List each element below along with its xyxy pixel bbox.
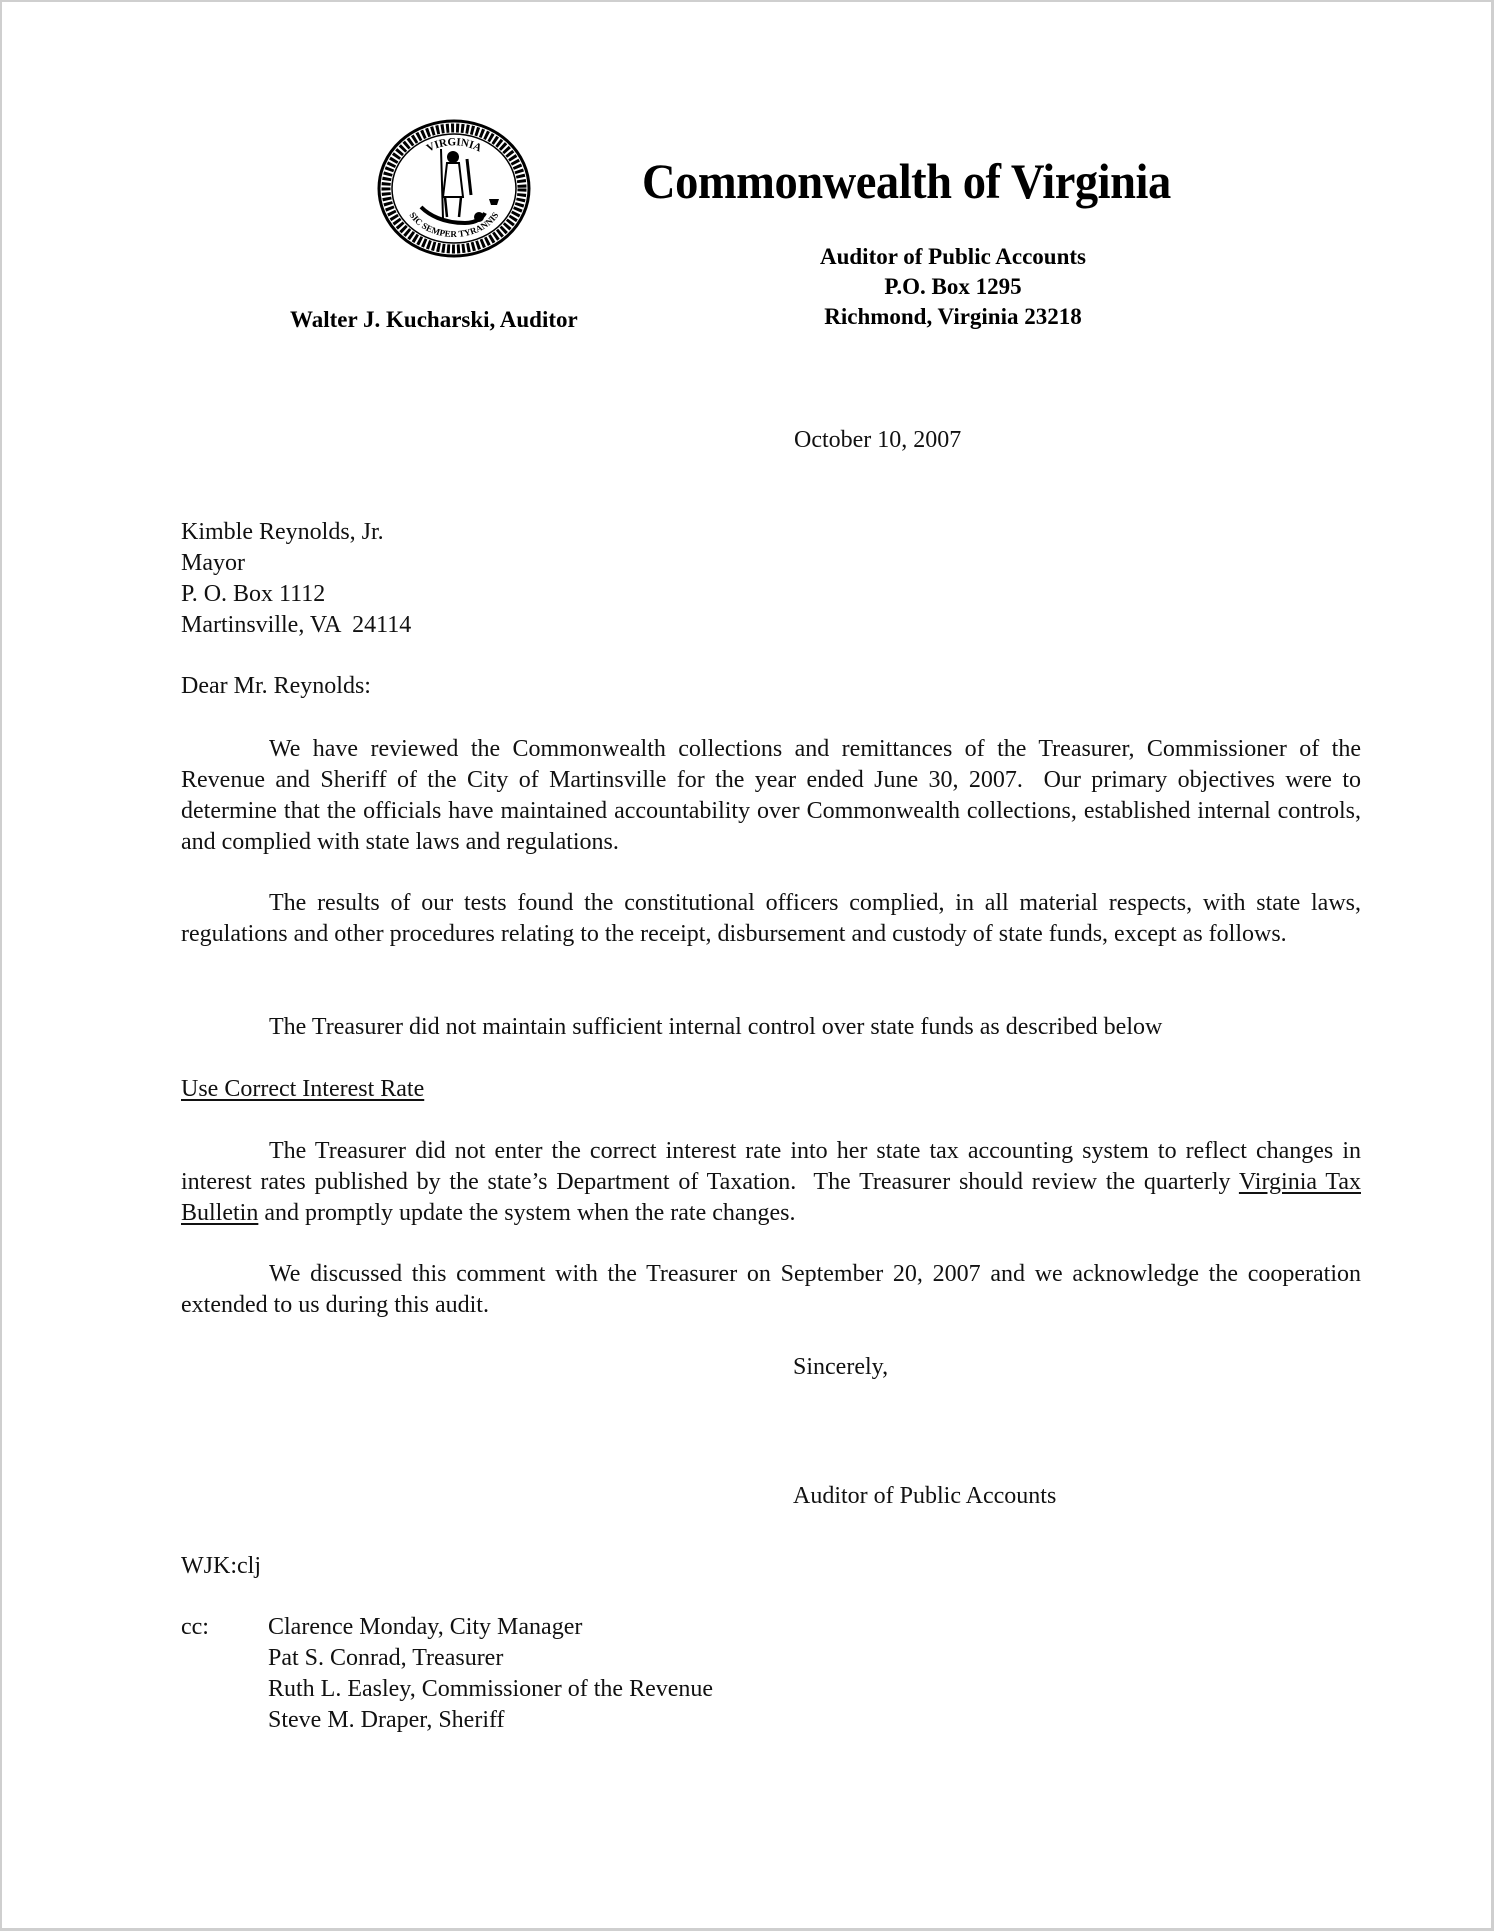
recipient-city: Martinsville, VA 24114 [181,610,411,641]
virginia-seal-icon: VIRGINIA SIC SEMPER TYRANNIS [377,119,531,258]
office-address: Auditor of Public Accounts P.O. Box 1295… [772,242,1134,332]
recipient-po-box: P. O. Box 1112 [181,579,411,610]
paragraph-scope: We have reviewed the Commonwealth collec… [181,734,1361,858]
salutation: Dear Mr. Reynolds: [181,671,371,702]
paragraph-finding: The Treasurer did not enter the correct … [181,1136,1361,1229]
recipient-title: Mayor [181,548,411,579]
reference-initials: WJK:clj [181,1551,261,1582]
office-name: Auditor of Public Accounts [772,242,1134,272]
auditor-name: Walter J. Kucharski, Auditor [290,305,578,335]
cc-list: Clarence Monday, City Manager Pat S. Con… [268,1612,713,1736]
signature-block: Auditor of Public Accounts [793,1481,1056,1512]
office-city-state: Richmond, Virginia 23218 [772,302,1134,332]
recipient-address: Kimble Reynolds, Jr. Mayor P. O. Box 111… [181,517,411,641]
cc-item: Steve M. Draper, Sheriff [268,1705,713,1736]
letterhead-title: Commonwealth of Virginia [642,154,1220,208]
complimentary-close: Sincerely, [793,1352,888,1383]
paragraph-finding-intro: The Treasurer did not maintain sufficien… [181,1012,1361,1043]
paragraph-results: The results of our tests found the const… [181,888,1361,950]
finding-heading: Use Correct Interest Rate [181,1074,424,1105]
cc-item: Pat S. Conrad, Treasurer [268,1643,713,1674]
office-po-box: P.O. Box 1295 [772,272,1134,302]
cc-item: Ruth L. Easley, Commissioner of the Reve… [268,1674,713,1705]
letter-date: October 10, 2007 [794,425,961,456]
cc-item: Clarence Monday, City Manager [268,1612,713,1643]
cc-label: cc: [181,1612,209,1643]
paragraph-closing: We discussed this comment with the Treas… [181,1259,1361,1321]
recipient-name: Kimble Reynolds, Jr. [181,517,411,548]
letter-page: VIRGINIA SIC SEMPER TYRANNIS Commonwealt… [0,0,1494,1931]
